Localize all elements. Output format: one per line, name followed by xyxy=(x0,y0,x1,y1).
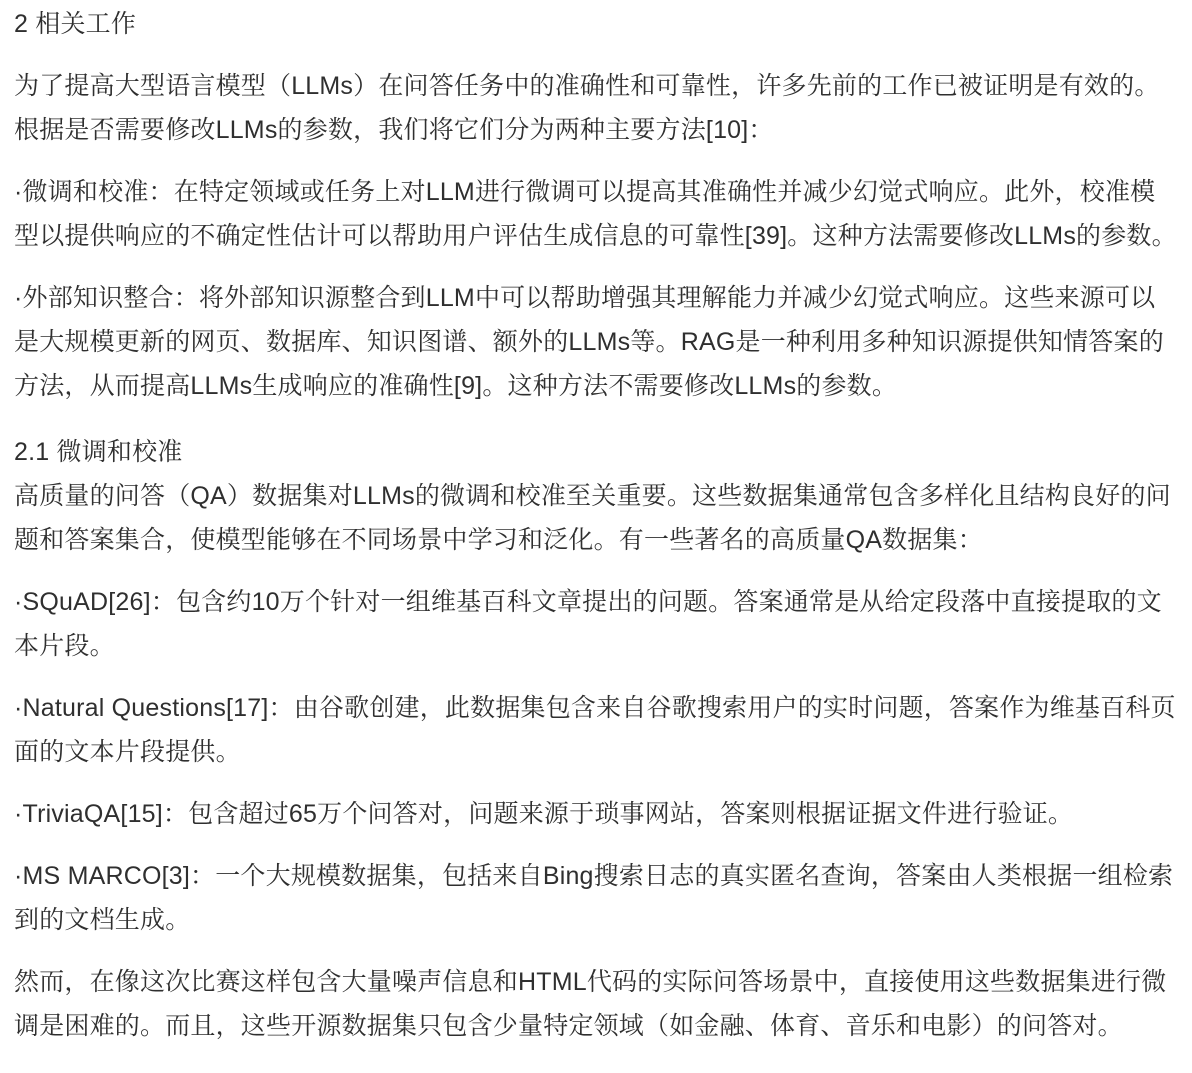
paragraph-intro: 为了提高大型语言模型（LLMs）在问答任务中的准确性和可靠性，许多先前的工作已被… xyxy=(14,64,1178,152)
subsection-heading-finetuning: 2.1 微调和校准 xyxy=(14,430,1178,474)
bullet-ms-marco: ·MS MARCO[3]：一个大规模数据集，包括来自Bing搜索日志的真实匿名查… xyxy=(14,854,1178,942)
bullet-natural-questions: ·Natural Questions[17]：由谷歌创建，此数据集包含来自谷歌搜… xyxy=(14,686,1178,774)
paragraph-qa-datasets-intro: 高质量的问答（QA）数据集对LLMs的微调和校准至关重要。这些数据集通常包含多样… xyxy=(14,474,1178,562)
paragraph-limitations: 然而，在像这次比赛这样包含大量噪声信息和HTML代码的实际问答场景中，直接使用这… xyxy=(14,960,1178,1048)
paper-page: 2 相关工作 为了提高大型语言模型（LLMs）在问答任务中的准确性和可靠性，许多… xyxy=(0,0,1192,1073)
bullet-squad: ·SQuAD[26]：包含约10万个针对一组维基百科文章提出的问题。答案通常是从… xyxy=(14,580,1178,668)
bullet-triviaqa: ·TriviaQA[15]：包含超过65万个问答对，问题来源于琐事网站，答案则根… xyxy=(14,792,1178,836)
bullet-finetuning-calibration: ·微调和校准：在特定领域或任务上对LLM进行微调可以提高其准确性并减少幻觉式响应… xyxy=(14,170,1178,258)
section-heading-related-work: 2 相关工作 xyxy=(14,2,1178,46)
bullet-external-knowledge: ·外部知识整合：将外部知识源整合到LLM中可以帮助增强其理解能力并减少幻觉式响应… xyxy=(14,276,1178,408)
